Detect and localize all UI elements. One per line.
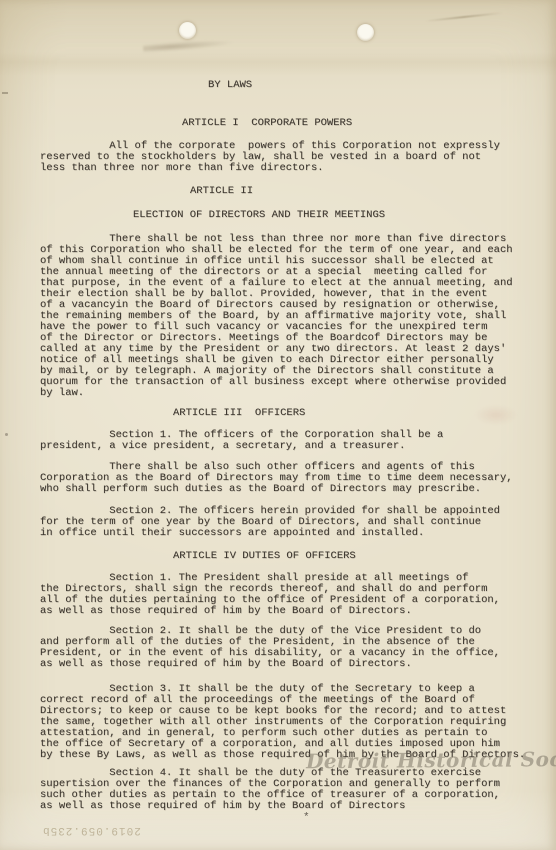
stain-smudge xyxy=(143,38,235,53)
scanned-document-page: BY LAWS ARTICLE I CORPORATE POWERS All o… xyxy=(0,0,556,850)
stray-ink-mark: * xyxy=(303,812,310,824)
article-3-other-officers-paragraph: There shall be also such other officers … xyxy=(40,462,513,495)
article-2-heading: ARTICLE II xyxy=(190,186,253,197)
ink-speck xyxy=(2,92,8,94)
detroit-historical-society-watermark: Detroit Historical Society xyxy=(306,748,556,773)
punch-hole-left xyxy=(179,22,196,39)
paper-blotch xyxy=(475,405,517,425)
ink-speck xyxy=(5,433,8,436)
accession-number: 2019.059.235b xyxy=(42,824,141,836)
article-4-section-4: Section 4. It shall be the duty of the T… xyxy=(40,768,500,812)
article-1-body: All of the corporate powers of this Corp… xyxy=(40,141,500,174)
article-3-section-2: Section 2. The officers herein provided … xyxy=(40,506,500,539)
paper-crease xyxy=(425,12,503,22)
article-2-subheading: ELECTION OF DIRECTORS AND THEIR MEETINGS xyxy=(133,210,385,221)
punch-hole-right xyxy=(357,24,374,41)
article-4-heading: ARTICLE IV DUTIES OF OFFICERS xyxy=(173,551,356,562)
article-2-body: There shall be not less than three nor m… xyxy=(40,234,513,399)
article-4-section-1: Section 1. The President shall preside a… xyxy=(40,573,500,617)
article-4-section-2: Section 2. It shall be the duty of the V… xyxy=(40,626,500,670)
document-title: BY LAWS xyxy=(208,80,252,91)
article-1-heading: ARTICLE I CORPORATE POWERS xyxy=(182,118,352,129)
article-3-heading: ARTICLE III OFFICERS xyxy=(173,408,305,419)
article-3-section-1: Section 1. The officers of the Corporati… xyxy=(40,430,443,452)
